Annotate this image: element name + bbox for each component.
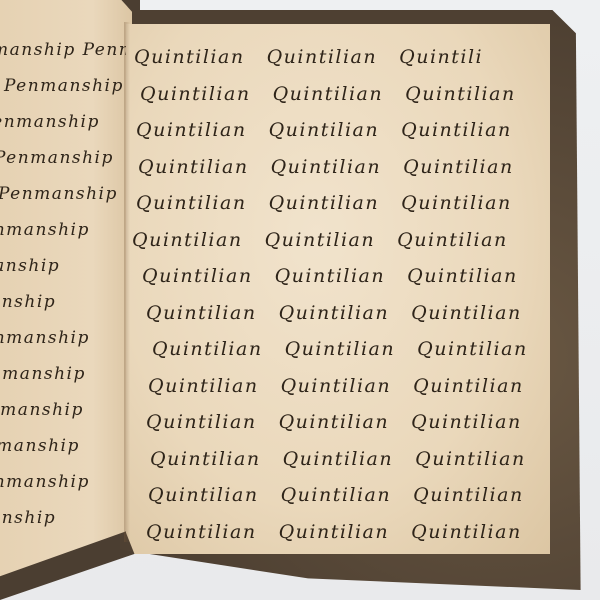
penmanship-line: manship Penm — [0, 40, 136, 60]
penmanship-line: Penmanship — [4, 76, 124, 96]
penmanship-line: Penmanship — [0, 112, 100, 132]
quintilian-word: Quintilian — [279, 521, 390, 543]
penmanship-line: Penmanship — [0, 148, 114, 168]
quintilian-word: Quintilian — [415, 448, 526, 470]
quintilian-word: Quintilian — [281, 375, 392, 397]
quintilian-row: QuintilianQuintilianQuintilian — [146, 521, 544, 543]
quintilian-word: Quintilian — [152, 338, 263, 360]
penmanship-line: Penmanship — [0, 436, 80, 456]
quintilian-word: Quintilian — [271, 156, 382, 178]
quintilian-word: Quintilian — [138, 156, 249, 178]
quintilian-word: Quintilian — [142, 265, 253, 287]
quintilian-word: Quintili — [399, 46, 483, 68]
quintilian-word: Quintilian — [267, 46, 378, 68]
quintilian-word: Quintilian — [265, 229, 376, 251]
quintilian-word: Quintilian — [269, 192, 380, 214]
quintilian-word: Quintilian — [401, 119, 512, 141]
quintilian-word: Quintilian — [407, 265, 518, 287]
quintilian-word: Quintilian — [285, 338, 396, 360]
quintilian-row: QuintilianQuintilianQuintilian — [150, 448, 548, 470]
quintilian-row: QuintilianQuintilianQuintilian — [132, 229, 530, 251]
quintilian-row: QuintilianQuintilianQuintilian — [148, 484, 546, 506]
quintilian-row: QuintilianQuintilianQuintilian — [140, 83, 538, 105]
penmanship-line: nmanship — [0, 508, 56, 528]
quintilian-word: Quintilian — [281, 484, 392, 506]
quintilian-word: Quintilian — [279, 302, 390, 324]
quintilian-word: Quintilian — [413, 375, 524, 397]
quintilian-word: Quintilian — [275, 265, 386, 287]
quintilian-row: QuintilianQuintilianQuintilian — [148, 375, 546, 397]
quintilian-row: QuintilianQuintilianQuintilian — [146, 411, 544, 433]
quintilian-word: Quintilian — [413, 484, 524, 506]
penmanship-line: Penmanship — [0, 220, 90, 240]
quintilian-word: Quintilian — [279, 411, 390, 433]
quintilian-word: Quintilian — [136, 119, 247, 141]
quintilian-word: Quintilian — [148, 375, 259, 397]
quintilian-row: QuintilianQuintilianQuintilian — [136, 192, 534, 214]
quintilian-word: Quintilian — [273, 83, 384, 105]
quintilian-word: Quintilian — [411, 521, 522, 543]
quintilian-word: Quintilian — [417, 338, 528, 360]
penmanship-line: Penmanship — [0, 184, 118, 204]
quintilian-word: Quintilian — [148, 484, 259, 506]
quintilian-row: QuintilianQuintilianQuintilian — [138, 156, 536, 178]
quintilian-word: Quintilian — [150, 448, 261, 470]
quintilian-word: Quintilian — [146, 521, 257, 543]
quintilian-word: Quintilian — [397, 229, 508, 251]
quintilian-word: Quintilian — [146, 411, 257, 433]
quintilian-word: Quintilian — [134, 46, 245, 68]
quintilian-word: Quintilian — [283, 448, 394, 470]
penmanship-line: nmanship — [0, 292, 56, 312]
right-page: QuintilianQuintilianQuintiliQuintilianQu… — [126, 24, 550, 554]
quintilian-word: Quintilian — [411, 302, 522, 324]
quintilian-word: Quintilian — [403, 156, 514, 178]
book-gutter — [124, 22, 130, 542]
penmanship-line: Penmanship — [0, 364, 86, 384]
quintilian-word: Quintilian — [401, 192, 512, 214]
penmanship-line: Penmanship — [0, 472, 90, 492]
quintilian-word: Quintilian — [405, 83, 516, 105]
quintilian-row: QuintilianQuintilianQuintilian — [142, 265, 540, 287]
penmanship-line: nmanship — [0, 256, 60, 276]
left-page: manship PenmPenmanshipPenmanshipPenmansh… — [0, 0, 132, 588]
quintilian-word: Quintilian — [140, 83, 251, 105]
quintilian-word: Quintilian — [411, 411, 522, 433]
quintilian-word: Quintilian — [132, 229, 243, 251]
penmanship-line: Penmanship — [0, 400, 84, 420]
penmanship-line: Penmanship — [0, 328, 90, 348]
quintilian-row: QuintilianQuintilianQuintilian — [146, 302, 544, 324]
quintilian-row: QuintilianQuintilianQuintili — [134, 46, 505, 68]
quintilian-row: QuintilianQuintilianQuintilian — [152, 338, 550, 360]
quintilian-word: Quintilian — [146, 302, 257, 324]
quintilian-word: Quintilian — [136, 192, 247, 214]
quintilian-word: Quintilian — [269, 119, 380, 141]
quintilian-row: QuintilianQuintilianQuintilian — [136, 119, 534, 141]
